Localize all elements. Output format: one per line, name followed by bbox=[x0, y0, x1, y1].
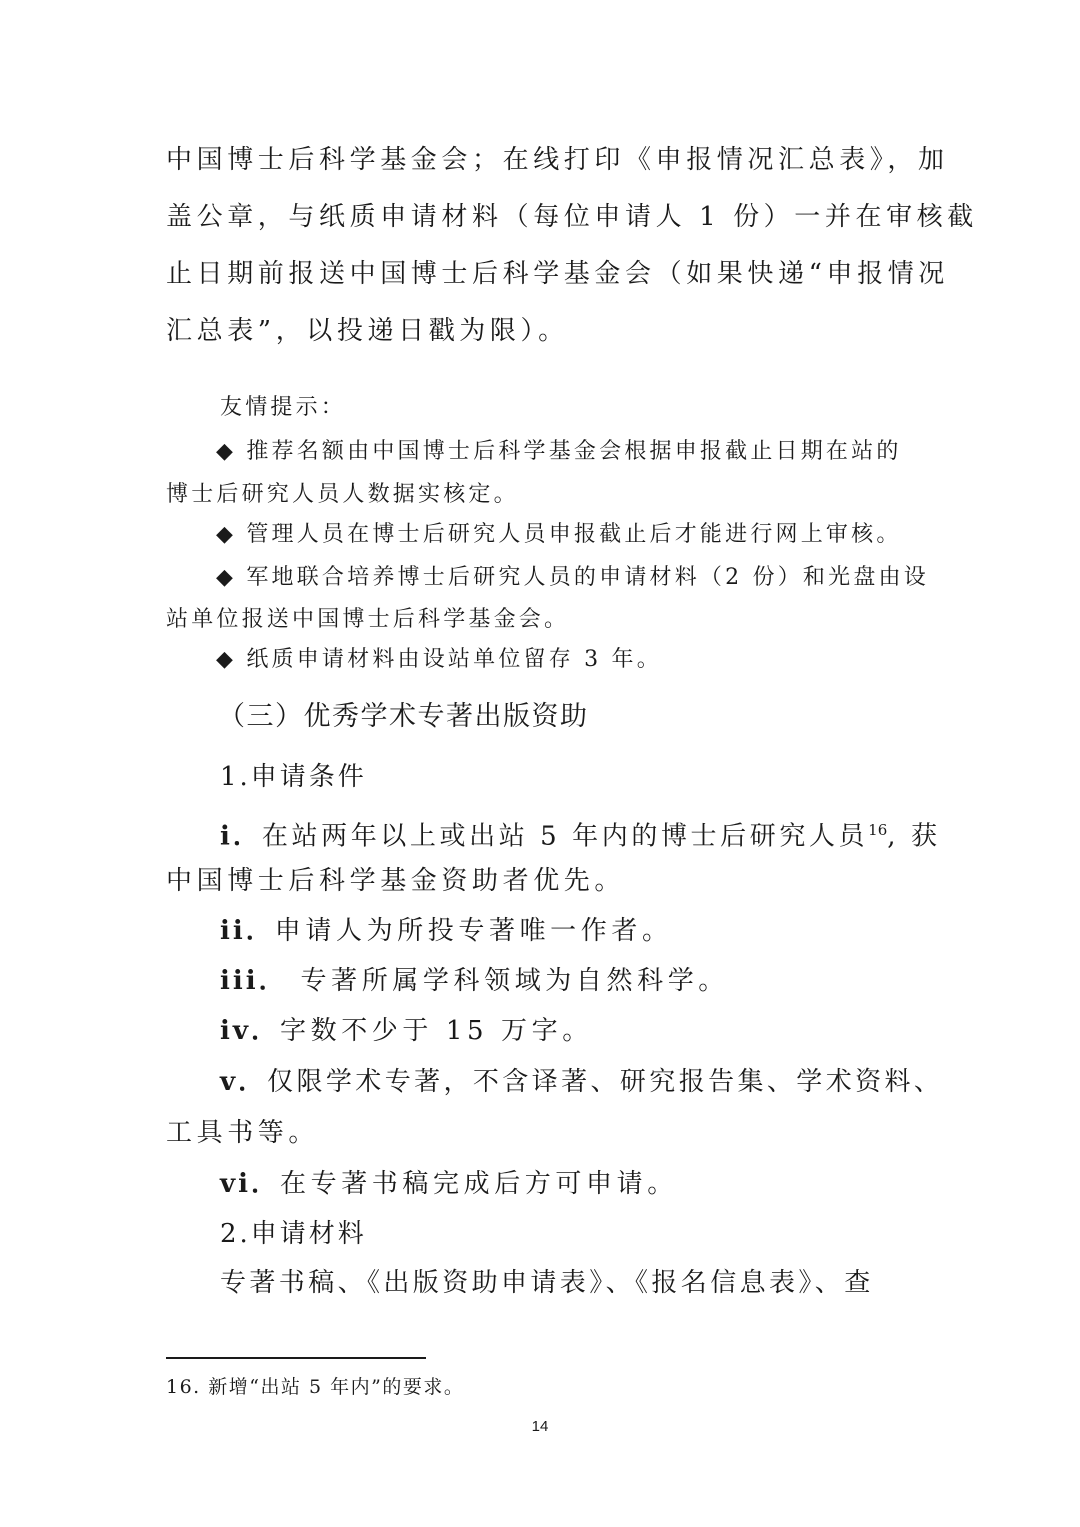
roman-numeral: i． bbox=[220, 822, 262, 852]
tip-item: ◆ 管理人员在博士后研究人员申报截止后才能进行网上审核。 bbox=[216, 520, 966, 550]
paragraph-line: 专著书稿、《出版资助申请表》、《报名信息表》、查 bbox=[220, 1268, 970, 1298]
condition-text-continued: 工具书等。 bbox=[166, 1118, 916, 1148]
tip-text: 推荐名额由中国博士后科学基金会根据申报截止日期在站的 bbox=[246, 439, 901, 464]
tip-text: 管理人员在博士后研究人员申报截止后才能进行网上审核。 bbox=[246, 522, 901, 547]
tip-item: ◆ 军地联合培养博士后研究人员的申请材料（2 份）和光盘由设 bbox=[216, 563, 966, 593]
diamond-bullet-icon: ◆ bbox=[216, 647, 236, 672]
tip-item: ◆ 推荐名额由中国博士后科学基金会根据申报截止日期在站的 bbox=[216, 437, 966, 467]
footnote: 16. 新增“出站 5 年内”的要求。 bbox=[166, 1372, 464, 1399]
condition-text: 在站两年以上或出站 5 年内的博士后研究人员 bbox=[262, 822, 868, 852]
tip-item: ◆ 纸质申请材料由设站单位留存 3 年。 bbox=[216, 645, 966, 675]
roman-numeral: iii． bbox=[220, 966, 288, 996]
document-page: 中国博士后科学基金会；在线打印《申报情况汇总表》，加 盖公章，与纸质申请材料（每… bbox=[0, 0, 1080, 1527]
condition-text: 申请人为所投专著唯一作者。 bbox=[275, 916, 673, 946]
footnote-ref[interactable]: 16 bbox=[868, 821, 887, 839]
section-heading: （三）优秀学术专著出版资助 bbox=[218, 702, 968, 732]
condition-text: , 获 bbox=[887, 822, 940, 852]
condition-text: 专著所属学科领域为自然科学。 bbox=[288, 966, 729, 996]
diamond-bullet-icon: ◆ bbox=[216, 439, 236, 464]
paragraph-line: 中国博士后科学基金会；在线打印《申报情况汇总表》，加 bbox=[166, 145, 916, 175]
tip-text: 军地联合培养博士后研究人员的申请材料（2 份）和光盘由设 bbox=[246, 565, 929, 590]
diamond-bullet-icon: ◆ bbox=[216, 522, 236, 547]
roman-numeral: ii． bbox=[220, 916, 275, 946]
tips-title: 友情提示： bbox=[220, 393, 970, 423]
diamond-bullet-icon: ◆ bbox=[216, 565, 236, 590]
roman-numeral: iv． bbox=[220, 1016, 280, 1046]
tip-text: 纸质申请材料由设站单位留存 3 年。 bbox=[246, 647, 662, 672]
condition-item: iii． 专著所属学科领域为自然科学。 bbox=[220, 966, 970, 996]
tip-text-continued: 博士后研究人员人数据实核定。 bbox=[166, 480, 916, 510]
roman-numeral: vi． bbox=[220, 1169, 280, 1199]
subsection-title: 1.申请条件 bbox=[220, 762, 970, 792]
condition-text-continued: 中国博士后科学基金资助者优先。 bbox=[166, 866, 916, 896]
paragraph-line: 汇总表”，以投递日戳为限）。 bbox=[166, 316, 916, 346]
condition-item: vi．在专著书稿完成后方可申请。 bbox=[220, 1169, 970, 1199]
condition-item: iv．字数不少于 15 万字。 bbox=[220, 1016, 970, 1046]
condition-item: v．仅限学术专著，不含译著、研究报告集、学术资料、 bbox=[220, 1067, 970, 1097]
paragraph-line: 盖公章，与纸质申请材料（每位申请人 1 份）一并在审核截 bbox=[166, 202, 916, 232]
condition-text: 仅限学术专著，不含译著、研究报告集、学术资料、 bbox=[267, 1067, 943, 1097]
roman-numeral: v． bbox=[220, 1067, 267, 1097]
page-number: 14 bbox=[0, 1418, 1080, 1435]
subsection-title: 2.申请材料 bbox=[220, 1219, 970, 1249]
tip-text-continued: 站单位报送中国博士后科学基金会。 bbox=[166, 605, 916, 635]
condition-item: ii．申请人为所投专著唯一作者。 bbox=[220, 916, 970, 946]
footnote-divider bbox=[166, 1357, 426, 1359]
condition-text: 字数不少于 15 万字。 bbox=[280, 1016, 593, 1046]
condition-item: i．在站两年以上或出站 5 年内的博士后研究人员16, 获 bbox=[220, 815, 970, 852]
condition-text: 在专著书稿完成后方可申请。 bbox=[280, 1169, 678, 1199]
paragraph-line: 止日期前报送中国博士后科学基金会（如果快递“申报情况 bbox=[166, 259, 916, 289]
